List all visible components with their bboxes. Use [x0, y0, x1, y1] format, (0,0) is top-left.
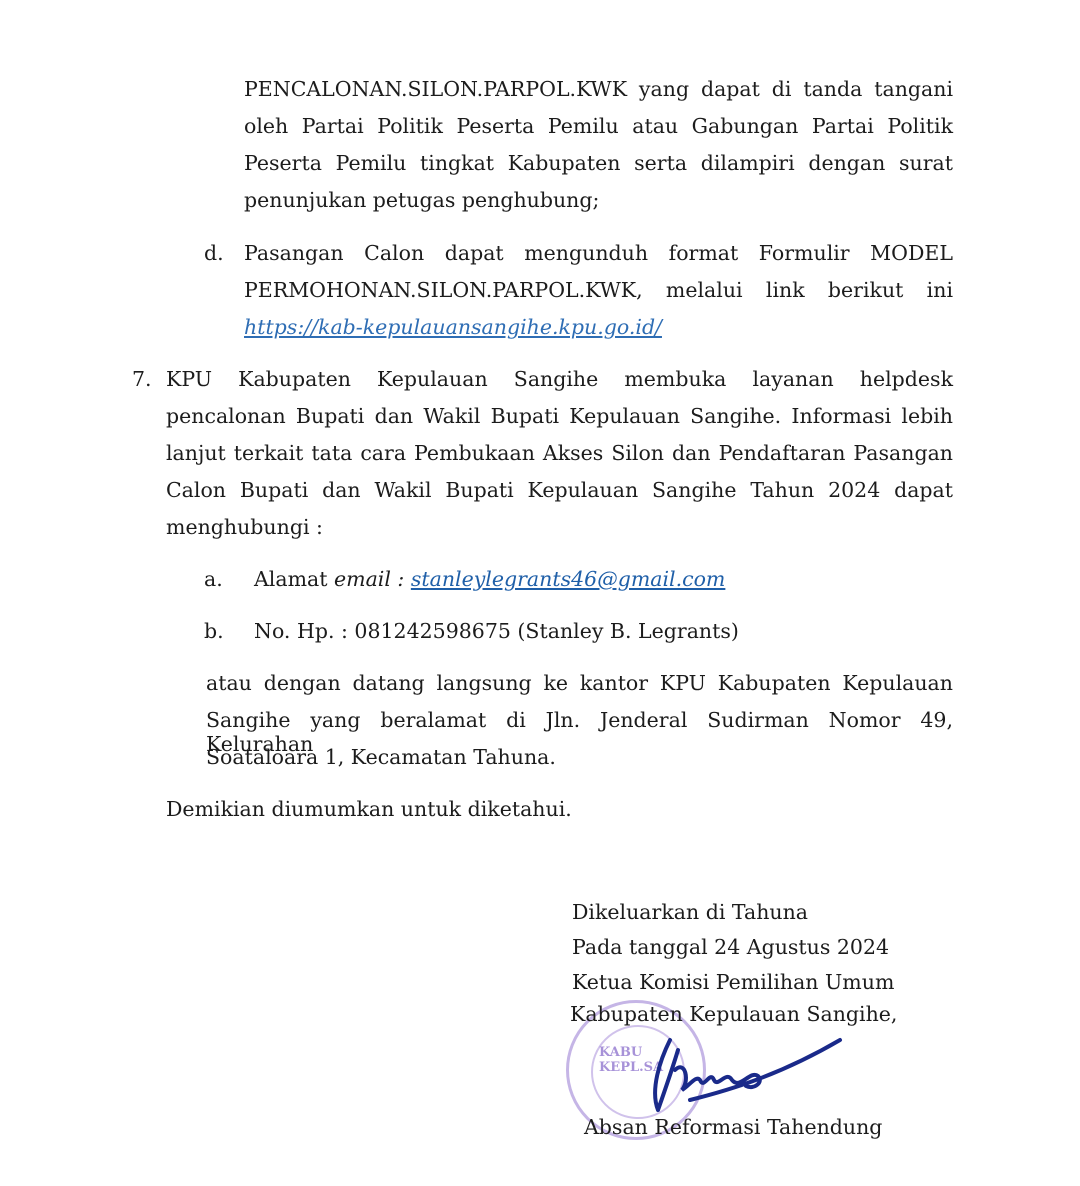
signatory-title-1: Ketua Komisi Pemilihan Umum: [572, 970, 894, 994]
signatory-title-2: Kabupaten Kepulauan Sangihe,: [570, 1002, 897, 1026]
signatory-name: Absan Reformasi Tahendung: [584, 1115, 882, 1139]
email-label-em: email: [334, 567, 391, 591]
item-c-line-1: PENCALONAN.SILON.PARPOL.KWK yang dapat d…: [244, 77, 953, 101]
item-7-line-1: KPU Kabupaten Kepulauan Sangihe membuka …: [166, 367, 953, 391]
email-link[interactable]: stanleylegrants46@gmail.com: [411, 567, 726, 591]
issued-place: Dikeluarkan di Tahuna: [572, 900, 808, 924]
office-line-1: atau dengan datang langsung ke kantor KP…: [206, 671, 953, 695]
contact-phone: No. Hp. : 081242598675 (Stanley B. Legra…: [254, 619, 739, 643]
item-d-line-1: Pasangan Calon dapat mengunduh format Fo…: [244, 241, 953, 265]
email-sep: :: [391, 567, 411, 591]
item-c-line-4: penunjukan petugas penghubung;: [244, 188, 599, 212]
item-c-line-3: Peserta Pemilu tingkat Kabupaten serta d…: [244, 151, 953, 175]
item-7-line-4: Calon Bupati dan Wakil Bupati Kepulauan …: [166, 478, 953, 502]
contact-a-marker: a.: [204, 567, 223, 591]
item-c-line-2: oleh Partai Politik Peserta Pemilu atau …: [244, 114, 953, 138]
item-7-line-2: pencalonan Bupati dan Wakil Bupati Kepul…: [166, 404, 953, 428]
item-d-marker: d.: [204, 241, 224, 265]
email-label: Alamat: [254, 567, 334, 591]
contact-b-marker: b.: [204, 619, 224, 643]
handwritten-signature-icon: [630, 1030, 850, 1120]
closing-statement: Demikian diumumkan untuk diketahui.: [166, 797, 572, 821]
office-line-3: Soataloara 1, Kecamatan Tahuna.: [206, 745, 556, 769]
item-7-marker: 7.: [132, 367, 152, 391]
item-d-line-2: PERMOHONAN.SILON.PARPOL.KWK, melalui lin…: [244, 278, 953, 302]
contact-email-row: Alamat email : stanleylegrants46@gmail.c…: [254, 567, 725, 591]
item-7-line-3: lanjut terkait tata cara Pembukaan Akses…: [166, 441, 953, 465]
item-7-line-5: menghubungi :: [166, 515, 323, 539]
download-link[interactable]: https://kab-kepulauansangihe.kpu.go.id/: [244, 315, 662, 339]
issued-date: Pada tanggal 24 Agustus 2024: [572, 935, 889, 959]
